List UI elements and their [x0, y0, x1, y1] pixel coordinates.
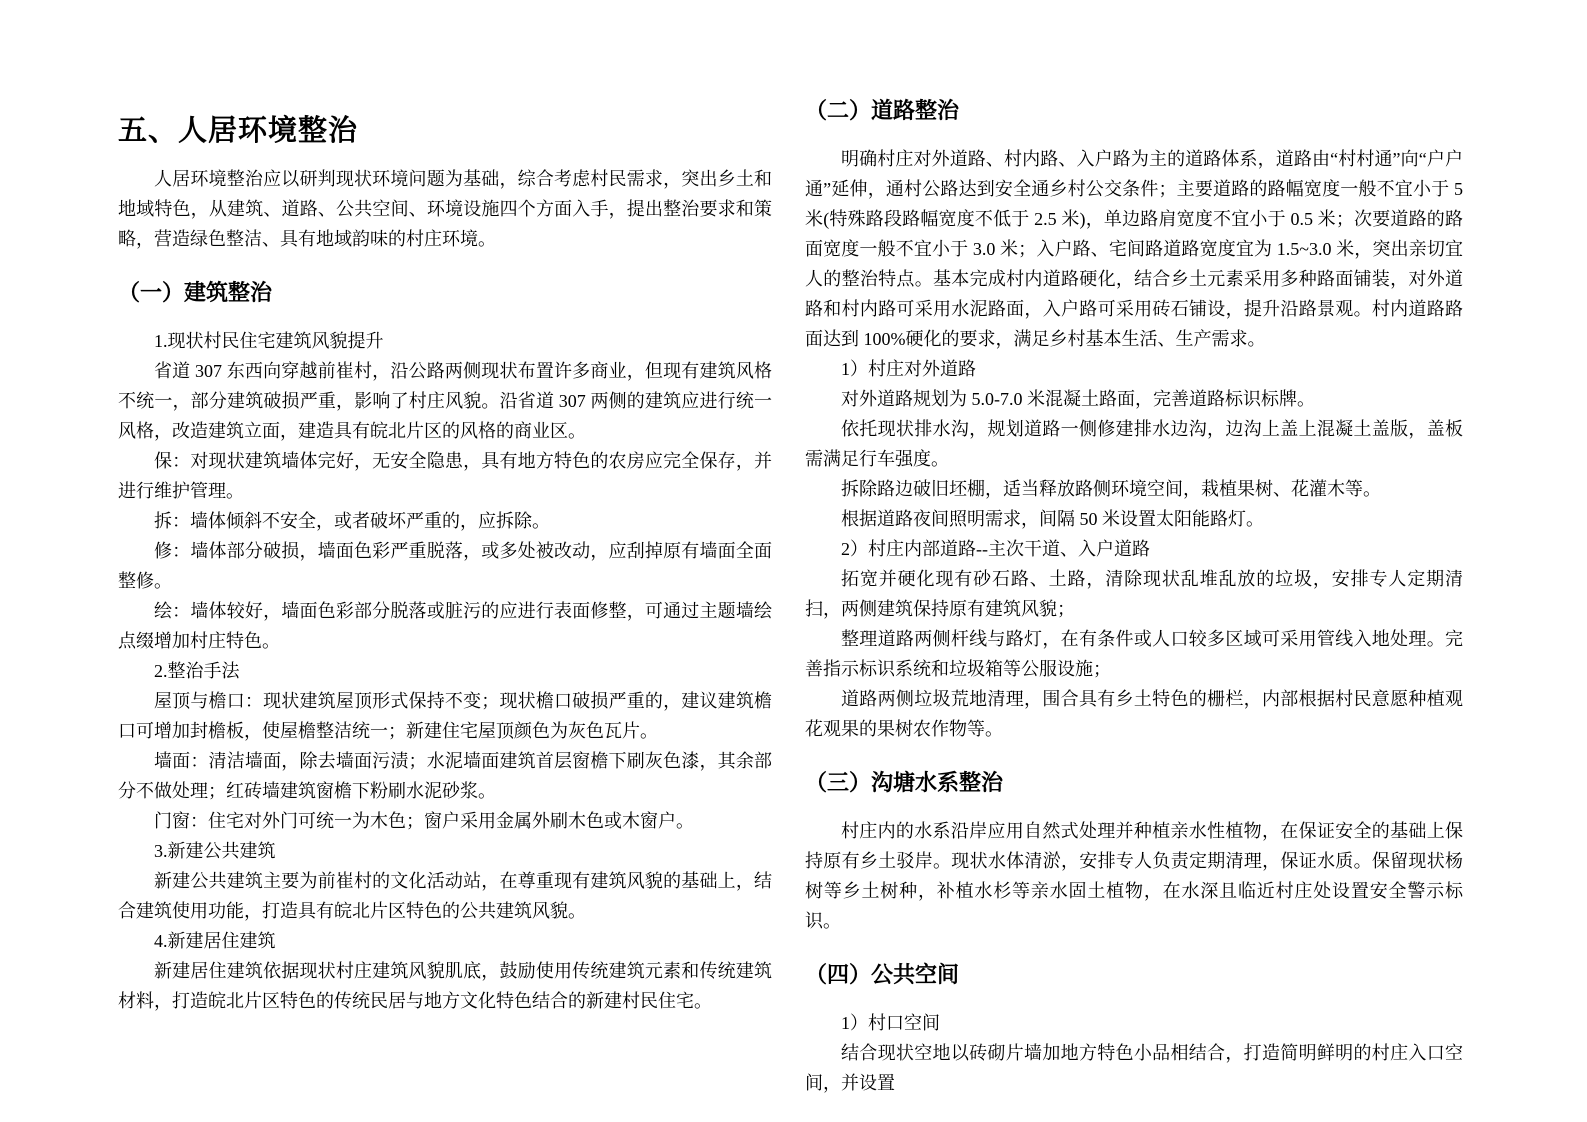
document-page: 五、人居环境整治 人居环境整治应以研判现状环境问题为基础，综合考虑村民需求，突出… — [0, 0, 1587, 1122]
paragraph: 整理道路两侧杆线与路灯，在有条件或人口较多区域可采用管线入地处理。完善指示标识系… — [805, 624, 1463, 684]
paragraph: 墙面：清洁墙面，除去墙面污渍；水泥墙面建筑首层窗檐下刷灰色漆，其余部分不做处理；… — [118, 746, 772, 806]
paragraph: 1）村庄对外道路 — [805, 354, 1463, 384]
paragraph: 结合现状空地以砖砌片墙加地方特色小品相结合，打造简明鲜明的村庄入口空间，并设置 — [805, 1038, 1463, 1098]
section-heading-public-space: （四）公共空间 — [805, 960, 1463, 990]
paragraph: 新建公共建筑主要为前崔村的文化活动站，在尊重现有建筑风貌的基础上，结合建筑使用功… — [118, 866, 772, 926]
intro-paragraph: 人居环境整治应以研判现状环境问题为基础，综合考虑村民需求，突出乡土和地域特色，从… — [118, 164, 772, 254]
document-title: 五、人居环境整治 — [118, 112, 772, 150]
paragraph: 新建居住建筑依据现状村庄建筑风貌肌底，鼓励使用传统建筑元素和传统建筑材料，打造皖… — [118, 956, 772, 1016]
section-body-roads: 明确村庄对外道路、村内路、入户路为主的道路体系，道路由“村村通”向“户户通”延伸… — [805, 144, 1463, 744]
paragraph: 2）村庄内部道路--主次干道、入户道路 — [805, 534, 1463, 564]
paragraph: 屋顶与檐口：现状建筑屋顶形式保持不变；现状檐口破损严重的，建议建筑檐口可增加封檐… — [118, 686, 772, 746]
paragraph: 门窗：住宅对外门可统一为木色；窗户采用金属外刷木色或木窗户。 — [118, 806, 772, 836]
paragraph: 省道 307 东西向穿越前崔村，沿公路两侧现状布置许多商业，但现有建筑风格不统一… — [118, 356, 772, 446]
section-public-space: （四）公共空间 1）村口空间结合现状空地以砖砌片墙加地方特色小品相结合，打造简明… — [805, 960, 1463, 1098]
paragraph: 保：对现状建筑墙体完好，无安全隐患，具有地方特色的农房应完全保存，并进行维护管理… — [118, 446, 772, 506]
section-heading-building: （一）建筑整治 — [118, 278, 772, 308]
paragraph: 绘：墙体较好，墙面色彩部分脱落或脏污的应进行表面修整，可通过主题墙绘点缀增加村庄… — [118, 596, 772, 656]
section-water-system: （三）沟塘水系整治 村庄内的水系沿岸应用自然式处理并种植亲水性植物，在保证安全的… — [805, 768, 1463, 936]
paragraph: 村庄内的水系沿岸应用自然式处理并种植亲水性植物，在保证安全的基础上保持原有乡土驳… — [805, 816, 1463, 936]
paragraph: 拆除路边破旧坯棚，适当释放路侧环境空间，栽植果树、花灌木等。 — [805, 474, 1463, 504]
paragraph: 1）村口空间 — [805, 1008, 1463, 1038]
paragraph: 修：墙体部分破损，墙面色彩严重脱落，或多处被改动，应刮掉原有墙面全面整修。 — [118, 536, 772, 596]
section-body-public-space: 1）村口空间结合现状空地以砖砌片墙加地方特色小品相结合，打造简明鲜明的村庄入口空… — [805, 1008, 1463, 1098]
section-body-building: 1.现状村民住宅建筑风貌提升省道 307 东西向穿越前崔村，沿公路两侧现状布置许… — [118, 326, 772, 1016]
paragraph: 对外道路规划为 5.0-7.0 米混凝土路面，完善道路标识标牌。 — [805, 384, 1463, 414]
section-body-water: 村庄内的水系沿岸应用自然式处理并种植亲水性植物，在保证安全的基础上保持原有乡土驳… — [805, 816, 1463, 936]
paragraph: 2.整治手法 — [118, 656, 772, 686]
paragraph: 道路两侧垃圾荒地清理，围合具有乡土特色的栅栏，内部根据村民意愿种植观花观果的果树… — [805, 684, 1463, 744]
paragraph: 3.新建公共建筑 — [118, 836, 772, 866]
paragraph: 明确村庄对外道路、村内路、入户路为主的道路体系，道路由“村村通”向“户户通”延伸… — [805, 144, 1463, 354]
paragraph: 1.现状村民住宅建筑风貌提升 — [118, 326, 772, 356]
paragraph: 4.新建居住建筑 — [118, 926, 772, 956]
section-heading-roads: （二）道路整治 — [805, 96, 1463, 126]
paragraph: 拆：墙体倾斜不安全，或者破坏严重的，应拆除。 — [118, 506, 772, 536]
paragraph: 依托现状排水沟，规划道路一侧修建排水边沟，边沟上盖上混凝土盖版，盖板需满足行车强… — [805, 414, 1463, 474]
left-column: 五、人居环境整治 人居环境整治应以研判现状环境问题为基础，综合考虑村民需求，突出… — [118, 112, 772, 1016]
section-road-renovation: （二）道路整治 明确村庄对外道路、村内路、入户路为主的道路体系，道路由“村村通”… — [805, 96, 1463, 744]
section-heading-water: （三）沟塘水系整治 — [805, 768, 1463, 798]
paragraph: 拓宽并硬化现有砂石路、土路，清除现状乱堆乱放的垃圾，安排专人定期清扫，两侧建筑保… — [805, 564, 1463, 624]
section-building-renovation: （一）建筑整治 1.现状村民住宅建筑风貌提升省道 307 东西向穿越前崔村，沿公… — [118, 278, 772, 1016]
paragraph: 根据道路夜间照明需求，间隔 50 米设置太阳能路灯。 — [805, 504, 1463, 534]
right-column: （二）道路整治 明确村庄对外道路、村内路、入户路为主的道路体系，道路由“村村通”… — [805, 96, 1463, 1098]
